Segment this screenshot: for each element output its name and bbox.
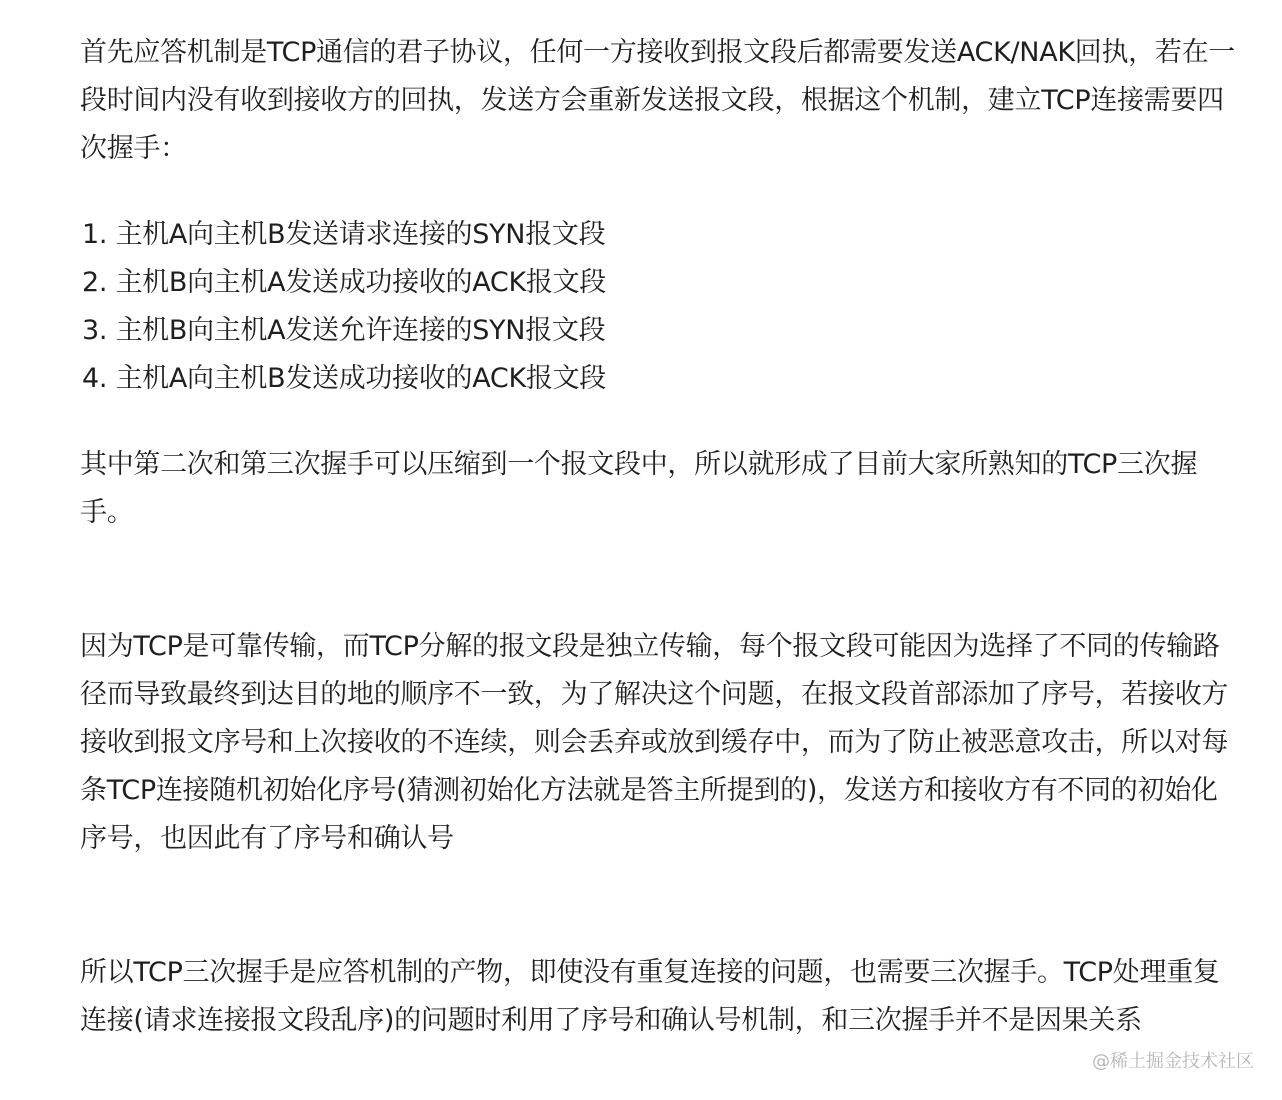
list-item: 3. 主机B向主机A发送允许连接的SYN报文段	[80, 307, 1240, 355]
list-item: 2. 主机B向主机A发送成功接收的ACK报文段	[80, 259, 1240, 307]
paragraph-compress: 其中第二次和第三次握手可以压缩到一个报文段中，所以就形成了目前大家所熟知的TCP…	[80, 441, 1240, 537]
watermark: @稀土掘金技术社区	[1092, 1047, 1254, 1073]
spacer	[80, 403, 1240, 441]
spacer	[80, 173, 1240, 211]
handshake-steps-list: 1. 主机A向主机B发送请求连接的SYN报文段 2. 主机B向主机A发送成功接收…	[80, 211, 1240, 403]
spacer	[80, 537, 1240, 623]
list-item: 4. 主机A向主机B发送成功接收的ACK报文段	[80, 355, 1240, 403]
spacer	[80, 863, 1240, 949]
paragraph-conclusion: 所以TCP三次握手是应答机制的产物，即使没有重复连接的问题，也需要三次握手。TC…	[80, 949, 1240, 1045]
list-item: 1. 主机A向主机B发送请求连接的SYN报文段	[80, 211, 1240, 259]
paragraph-sequence: 因为TCP是可靠传输，而TCP分解的报文段是独立传输，每个报文段可能因为选择了不…	[80, 623, 1240, 863]
article-body: 首先应答机制是TCP通信的君子协议，任何一方接收到报文段后都需要发送ACK/NA…	[80, 29, 1240, 1045]
paragraph-intro: 首先应答机制是TCP通信的君子协议，任何一方接收到报文段后都需要发送ACK/NA…	[80, 29, 1240, 173]
